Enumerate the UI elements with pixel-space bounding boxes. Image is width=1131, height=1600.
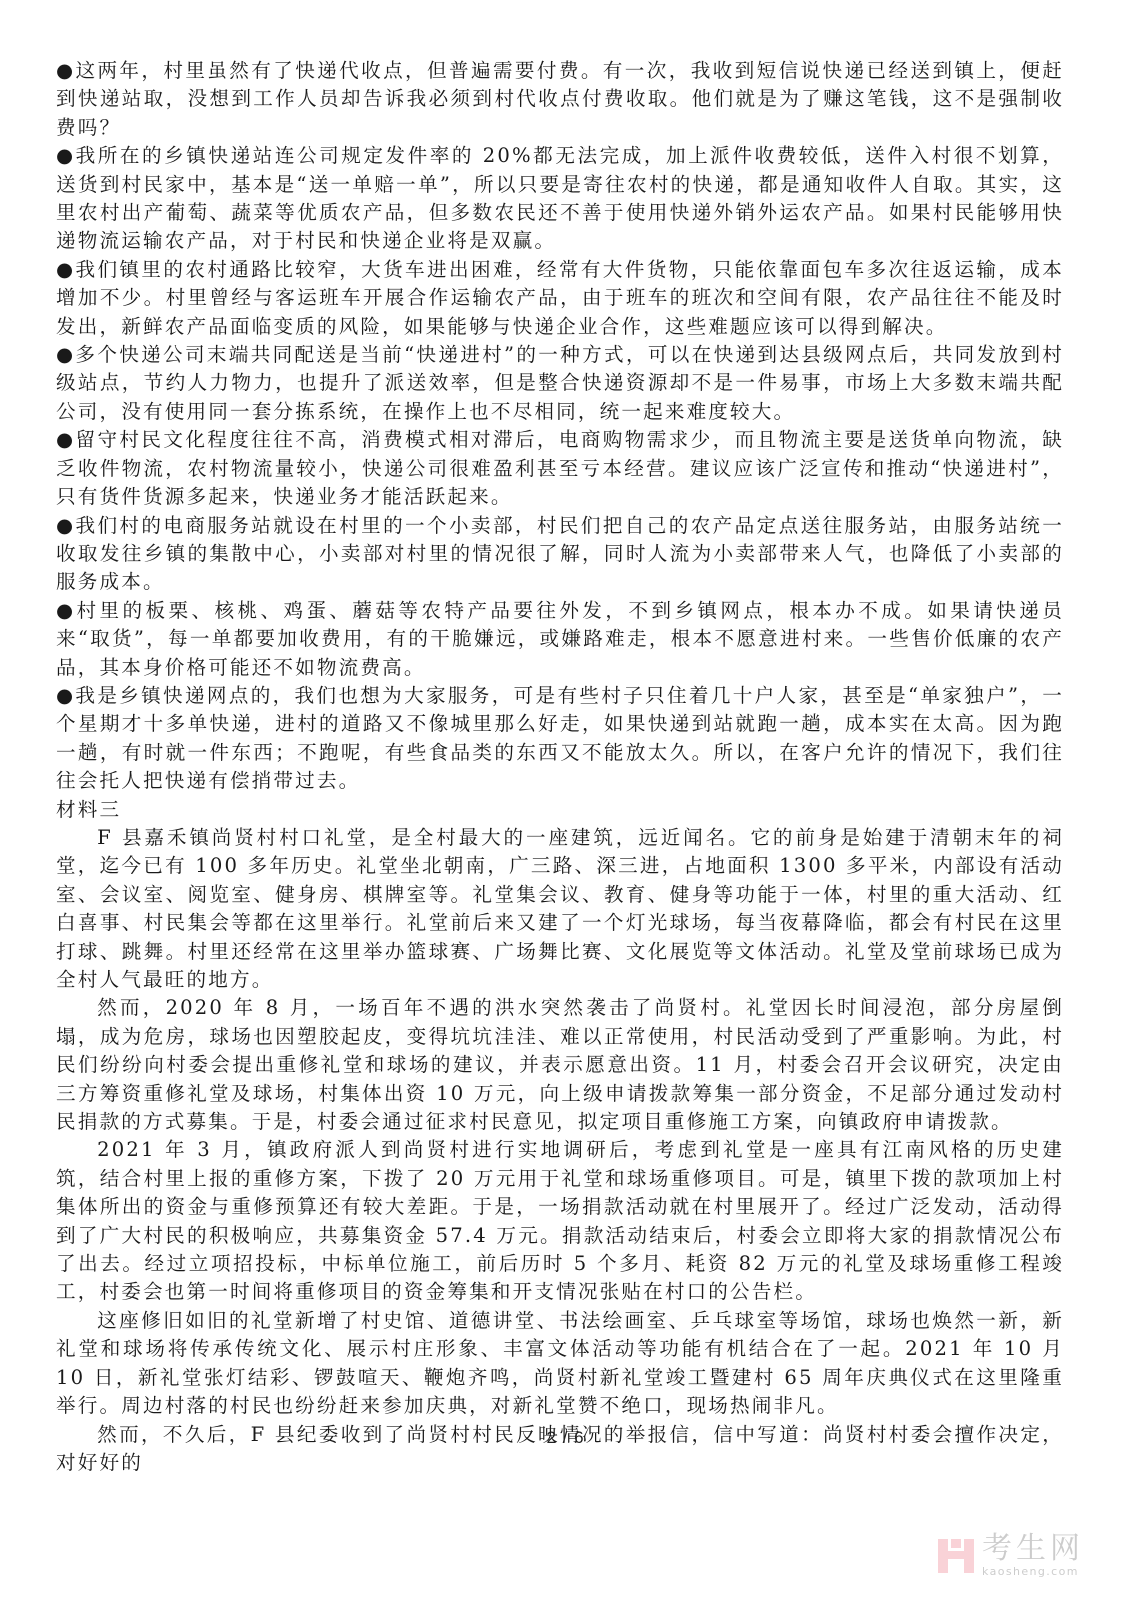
watermark-name-cn: 考生网 (982, 1534, 1084, 1564)
bullet-item: ●留守村民文化程度往往不高，消费模式相对滞后，电商购物需求少，而且物流主要是送货… (56, 426, 1064, 511)
watermark: 考生网 kaosheng.com (938, 1525, 1128, 1585)
bullet-item: ●我们镇里的农村通路比较窄，大货车进出困难，经常有大件货物，只能依靠面包车多次往… (56, 256, 1064, 341)
body-paragraph: 2021 年 3 月，镇政府派人到尚贤村进行实地调研后，考虑到礼堂是一座具有江南… (56, 1136, 1064, 1306)
bullet-item: ●村里的板栗、核桃、鸡蛋、蘑菇等农特产品要往外发，不到乡镇网点，根本办不成。如果… (56, 597, 1064, 682)
bullet-item: ●我们村的电商服务站就设在村里的一个小卖部，村民们把自己的农产品定点送往服务站，… (56, 512, 1064, 597)
document-page: ●这两年，村里虽然有了快递代收点，但普遍需要付费。有一次，我收到短信说快递已经送… (56, 57, 1064, 1477)
body-paragraph: 这座修旧如旧的礼堂新增了村史馆、道德讲堂、书法绘画室、乒乓球室等场馆，球场也焕然… (56, 1307, 1064, 1421)
page-indicator: 2 / 6 (0, 1428, 1131, 1448)
bullet-item: ●多个快递公司末端共同配送是当前“快递进村”的一种方式，可以在快递到达县级网点后… (56, 341, 1064, 426)
kaosheng-logo-icon (938, 1535, 974, 1575)
watermark-name-en: kaosheng.com (982, 1566, 1084, 1577)
bullet-item: ●我所在的乡镇快递站连公司规定发件率的 20%都无法完成，加上派件收费较低，送件… (56, 142, 1064, 256)
body-paragraph: 然而，2020 年 8 月，一场百年不遇的洪水突然袭击了尚贤村。礼堂因长时间浸泡… (56, 994, 1064, 1136)
body-paragraph: F 县嘉禾镇尚贤村村口礼堂，是全村最大的一座建筑，远近闻名。它的前身是始建于清朝… (56, 824, 1064, 994)
section-heading: 材料三 (56, 796, 1064, 824)
bullet-item: ●这两年，村里虽然有了快递代收点，但普遍需要付费。有一次，我收到短信说快递已经送… (56, 57, 1064, 142)
bullet-item: ●我是乡镇快递网点的，我们也想为大家服务，可是有些村子只住着几十户人家，甚至是“… (56, 682, 1064, 796)
